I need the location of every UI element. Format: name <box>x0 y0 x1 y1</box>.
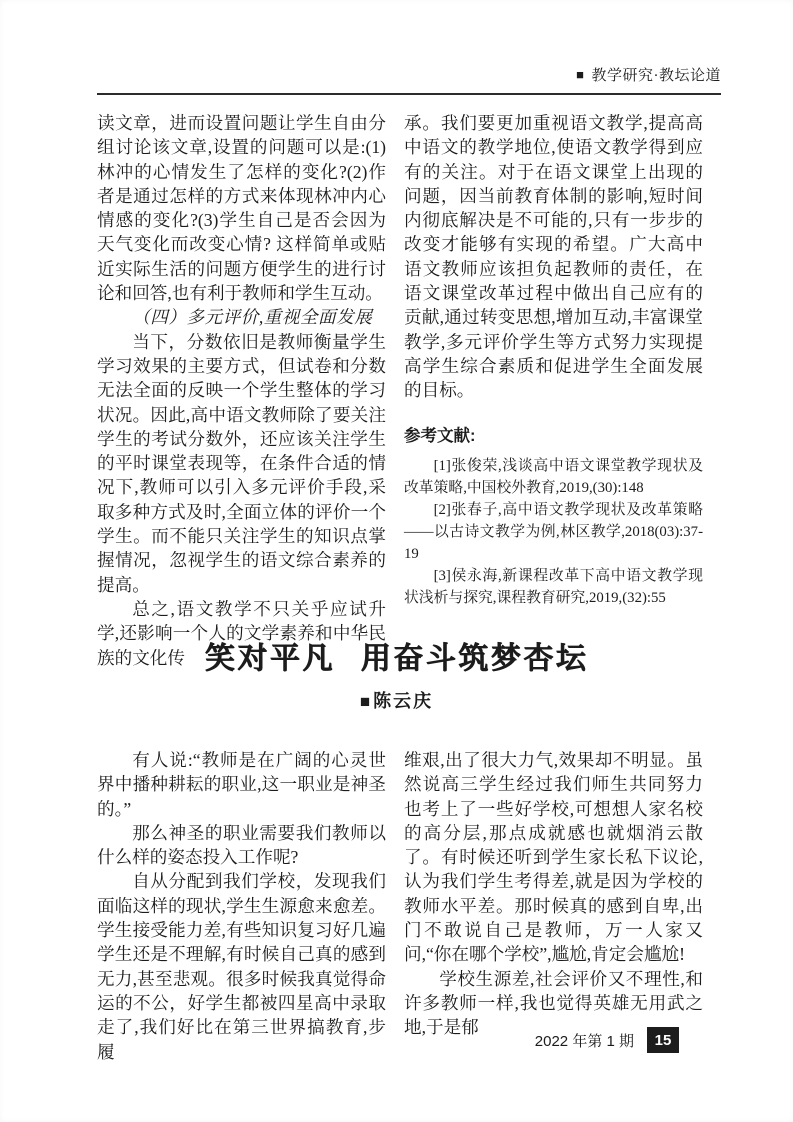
issue-label: 2022 年第 1 期 <box>535 1030 634 1051</box>
section-marker-icon: ■ <box>576 67 584 83</box>
article-title: 笑对平凡 用奋斗筑梦杏坛 <box>0 633 793 677</box>
journal-page: ■教学研究·教坛论道 读文章，进而设置问题让学生自由分组讨论该文章,设置的问题可… <box>0 0 793 1122</box>
page-number-badge: 15 <box>647 1027 679 1053</box>
reference-item: [1]张俊荣,浅谈高中语文课堂教学现状及改革策略,中国校外教育,2019,(30… <box>404 455 703 499</box>
paragraph: 维艰,出了很大力气,效果却不明显。虽然说高三学生经过我们师生共同努力也考上了一些… <box>404 748 703 967</box>
paragraph: 读文章，进而设置问题让学生自由分组讨论该文章,设置的问题可以是:(1)林冲的心情… <box>97 111 386 305</box>
reference-item: [3]侯永海,新课程改革下高中语文教学现状浅析与探究,课程教育研究,2019,(… <box>404 565 703 609</box>
paragraph: 承。我们要更加重视语文教学,提高高中语文的教学地位,使语文教学得到应有的关注。对… <box>404 111 703 403</box>
article2-body: 有人说:“教师是在广阔的心灵世界中播种耕耘的职业,这一职业是神圣的。” 那么神圣… <box>97 748 721 1064</box>
paragraph: 那么神圣的职业需要我们教师以什么样的姿态投入工作呢? <box>97 821 386 870</box>
article1-body: 读文章，进而设置问题让学生自由分组讨论该文章,设置的问题可以是:(1)林冲的心情… <box>97 111 721 670</box>
section-label: 教学研究·教坛论道 <box>592 68 722 84</box>
paragraph: 有人说:“教师是在广阔的心灵世界中播种耕耘的职业,这一职业是神圣的。” <box>97 748 386 821</box>
article1-right-column: 承。我们要更加重视语文教学,提高高中语文的教学地位,使语文教学得到应有的关注。对… <box>404 111 703 670</box>
article-author: ■陈云庆 <box>0 687 793 713</box>
references-heading: 参考文献: <box>404 424 703 448</box>
paragraph: 当下，分数依旧是教师衡量学生学习效果的主要方式，但试卷和分数无法全面的反映一个学… <box>97 330 386 597</box>
author-marker-icon: ■ <box>360 692 372 711</box>
article2-left-column: 有人说:“教师是在广阔的心灵世界中播种耕耘的职业,这一职业是神圣的。” 那么神圣… <box>97 748 386 1064</box>
page-footer: 2022 年第 1 期 15 <box>535 1027 679 1053</box>
reference-item: [2]张春子,高中语文教学现状及改革策略——以古诗文教学为例,林区教学,2018… <box>404 499 703 565</box>
subsection-heading: （四）多元评价,重视全面发展 <box>97 305 386 329</box>
article2-right-column: 维艰,出了很大力气,效果却不明显。虽然说高三学生经过我们师生共同努力也考上了一些… <box>404 748 703 1064</box>
author-name: 陈云庆 <box>373 691 433 711</box>
article1-left-column: 读文章，进而设置问题让学生自由分组讨论该文章,设置的问题可以是:(1)林冲的心情… <box>97 111 386 670</box>
paragraph: 自从分配到我们学校，发现我们面临这样的现状,学生生源愈来愈差。学生接受能力差,有… <box>97 869 386 1063</box>
page-header: ■教学研究·教坛论道 <box>97 64 721 95</box>
